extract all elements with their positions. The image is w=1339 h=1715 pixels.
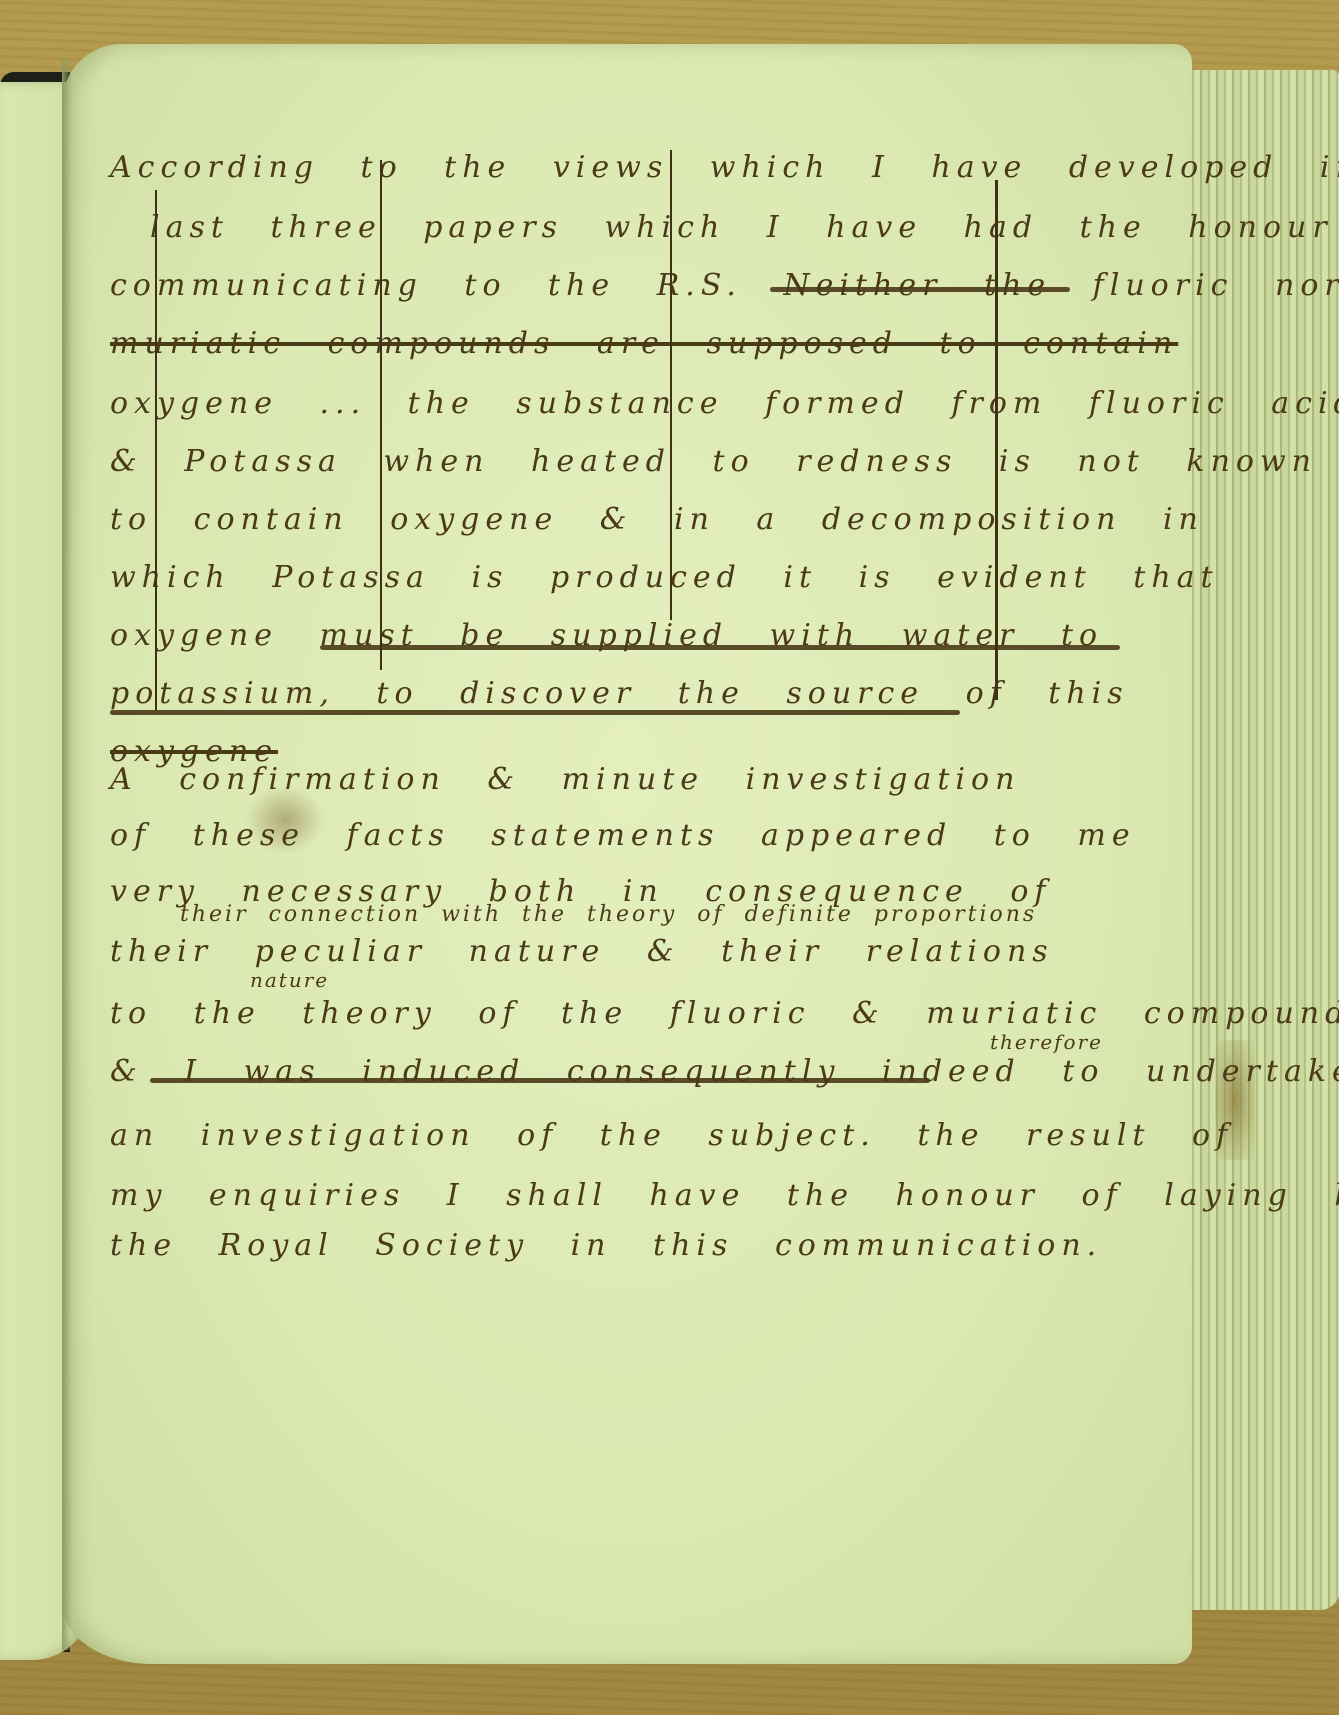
manuscript-line: an investigation of the subject. the res… xyxy=(110,1118,1233,1153)
manuscript-line: A confirmation & minute investigation xyxy=(110,762,1020,797)
manuscript-line: the Royal Society in this communication. xyxy=(110,1228,1102,1263)
strike-line xyxy=(320,645,1120,650)
cancel-vertical-line xyxy=(155,190,157,710)
manuscript-line: last three papers which I have had the h… xyxy=(150,210,1339,245)
manuscript-line: to the theory of the fluoric & muriatic … xyxy=(110,996,1339,1031)
manuscript-line: & Potassa when heated to redness is not … xyxy=(110,444,1317,479)
manuscript-line: potassium, to discover the source of thi… xyxy=(110,676,1129,711)
manuscript-line: oxygene ... the substance formed from fl… xyxy=(110,386,1339,421)
manuscript-line: to contain oxygene & in a decomposition … xyxy=(110,502,1204,537)
cancel-vertical-line xyxy=(380,160,382,670)
manuscript-line: communicating to the R.S. Neither the fl… xyxy=(110,268,1339,303)
manuscript-line: my enquiries I shall have the honour of … xyxy=(110,1178,1339,1213)
manuscript-line: their peculiar nature & their relations xyxy=(110,934,1054,969)
cancel-vertical-line xyxy=(670,150,672,620)
manuscript-line: & I was induced consequently indeed to u… xyxy=(110,1054,1339,1089)
cancel-vertical-line xyxy=(995,180,998,700)
strike-line xyxy=(150,1078,930,1083)
strike-line xyxy=(110,710,960,715)
manuscript-line-insertion: their connection with the theory of defi… xyxy=(180,902,1037,927)
manuscript-line-struck: muriatic compounds are supposed to conta… xyxy=(110,326,1178,361)
strike-line xyxy=(770,287,1070,292)
manuscript-line: According to the views which I have deve… xyxy=(110,150,1339,185)
insertion-nature: nature xyxy=(250,968,329,992)
manuscript-line: which Potassa is produced it is evident … xyxy=(110,560,1219,595)
manuscript-line: of these facts statements appeared to me xyxy=(110,818,1136,853)
insertion-therefore: therefore xyxy=(990,1030,1103,1054)
book-gutter xyxy=(62,60,72,1650)
